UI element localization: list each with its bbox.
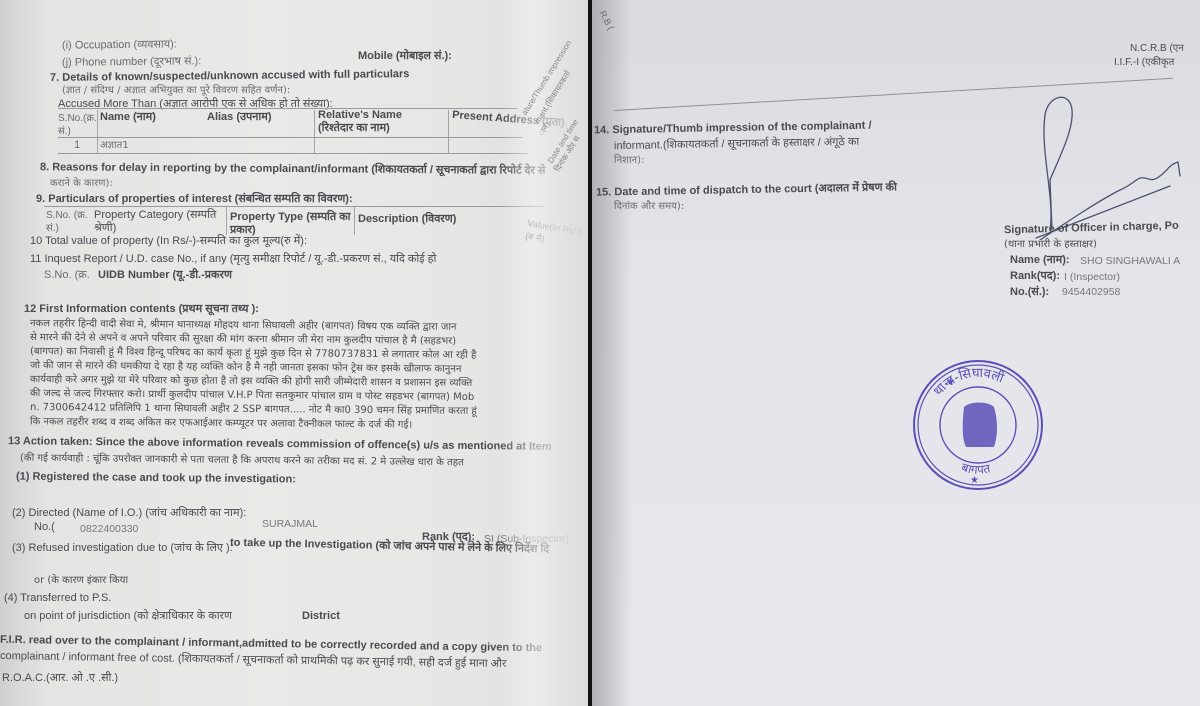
accused-col-alias: Alias (उपनाम)	[207, 111, 271, 124]
inquest-report-heading: 11 Inquest Report / U.D. case No., if an…	[30, 253, 436, 266]
total-value-heading: 10 Total value of property (In Rs/-)-सम्…	[30, 235, 307, 248]
properties-heading: 9. Particulars of properties of interest…	[36, 193, 353, 206]
inquest-col-sno: S.No. (क्र.	[44, 269, 90, 282]
accused-more-than-label: Accused More Than (अज्ञात आरोपी एक से अध…	[58, 98, 333, 111]
property-col-sno: S.No. (क्र. सं.)	[46, 209, 92, 235]
accused-details-heading: 7. Details of known/suspected/unknown ac…	[50, 68, 410, 85]
directed-io-label: (2) Directed (Name of I.O.) (जांच अधिकार…	[12, 507, 246, 520]
svg-text:★: ★	[970, 475, 979, 486]
table-divider	[58, 137, 523, 138]
refused-investigation-label: (3) Refused investigation due to (जांच क…	[12, 542, 233, 555]
ncrb-label: N.C.R.B (एन	[1130, 42, 1184, 55]
mobile-label: Mobile (मोबाइल सं.):	[358, 50, 452, 63]
officer-signature-scribble	[1010, 90, 1200, 240]
fir-form-left-sheet: (i) Occupation (व्यवसाय): (j) Phone numb…	[0, 0, 588, 706]
accused-details-heading-hindi: (ज्ञात / संदिग्ध / अज्ञात अभियुक्त का पू…	[62, 84, 290, 97]
io-number-value: 0822400330	[80, 523, 138, 536]
io-name-value: SURAJMAL	[262, 518, 318, 531]
officer-number-value: 9454402958	[1062, 286, 1120, 299]
property-col-category: Property Category (सम्पति श्रेणी)	[94, 209, 222, 235]
accused-row-1-sno: 1	[74, 139, 80, 152]
officer-name-label: Name (नाम):	[1010, 254, 1070, 267]
police-station-stamp: थाना-सिघावली बागपत ★ ★	[904, 355, 1052, 493]
table-divider	[58, 153, 528, 154]
officer-rank-label: Rank(पद):	[1010, 270, 1060, 283]
table-divider	[44, 206, 544, 207]
accused-row-1-name: अज्ञात1	[100, 139, 129, 152]
first-information-heading: 12 First Information contents (प्रथम सूच…	[24, 303, 259, 316]
table-divider	[97, 110, 98, 154]
property-col-description: Description (विवरण)	[358, 213, 456, 226]
delay-reasons-heading: 8. Reasons for delay in reporting by the…	[40, 161, 545, 178]
phone-number-label: (j) Phone number (दूरभाष सं.):	[62, 55, 201, 69]
property-col-type: Property Type (सम्पति का प्रकार)	[230, 211, 354, 237]
roac-label: R.O.A.C.(आर. ओ .ए .सी.)	[2, 672, 118, 685]
table-divider	[354, 207, 355, 235]
action-taken-heading: 13 Action taken: Since the above informa…	[8, 435, 552, 454]
fir-content-line: कि नकल तहरीर शब्द व शब्द अंकित कर एफआईआर…	[30, 415, 412, 431]
iif-label: I.I.F.-I (एकीकृत	[1114, 56, 1174, 69]
refused-reason-label: or (के कारण इंकार किया	[34, 574, 128, 587]
occupation-label: (i) Occupation (व्यवसाय):	[62, 38, 177, 52]
accused-col-relative: Relative's Name (रिश्तेदार का नाम)	[318, 109, 438, 135]
table-divider	[448, 110, 449, 154]
inquest-col-uidb: UIDB Number (यू.-डी.-प्रकरण	[98, 269, 232, 282]
dispatch-datetime-line2: दिनांक और समय):	[614, 200, 684, 213]
jurisdiction-label: on point of jurisdiction (को क्षेत्राधिक…	[24, 610, 232, 623]
officer-name-value: SHO SINGHAWALI A	[1080, 255, 1180, 268]
accused-table-top-border	[58, 108, 518, 109]
accused-col-name: Name (नाम)	[100, 111, 156, 124]
accused-col-sno: S.No.(क्र. सं.)	[58, 112, 98, 138]
district-label: District	[302, 610, 340, 623]
table-divider	[314, 110, 315, 154]
action-taken-heading-hindi: (की गई कार्यवाही : चूंकि उपरोक्त जानकारी…	[20, 452, 464, 470]
svg-text:थाना-सिघावली: थाना-सिघावली	[931, 365, 1007, 399]
table-divider	[226, 207, 227, 235]
registered-case-label: (1) Registered the case and took up the …	[16, 471, 296, 487]
svg-text:★: ★	[946, 377, 955, 388]
delay-reasons-heading-hindi: कराने के कारण):	[50, 177, 113, 190]
transferred-label: (4) Transferred to P.S.	[4, 592, 111, 605]
officer-rank-value: I (Inspector)	[1064, 271, 1120, 284]
officer-number-label: No.(सं.):	[1010, 286, 1049, 299]
complainant-signature-line3: निशान):	[614, 154, 644, 167]
officer-signature-label-hindi: (थाना प्रभारी के हस्ताक्षर)	[1004, 238, 1097, 251]
io-number-label: No.(	[34, 521, 55, 534]
page-edge-shadow	[592, 0, 632, 706]
fir-page-left: (i) Occupation (व्यवसाय): (j) Phone numb…	[0, 0, 588, 706]
